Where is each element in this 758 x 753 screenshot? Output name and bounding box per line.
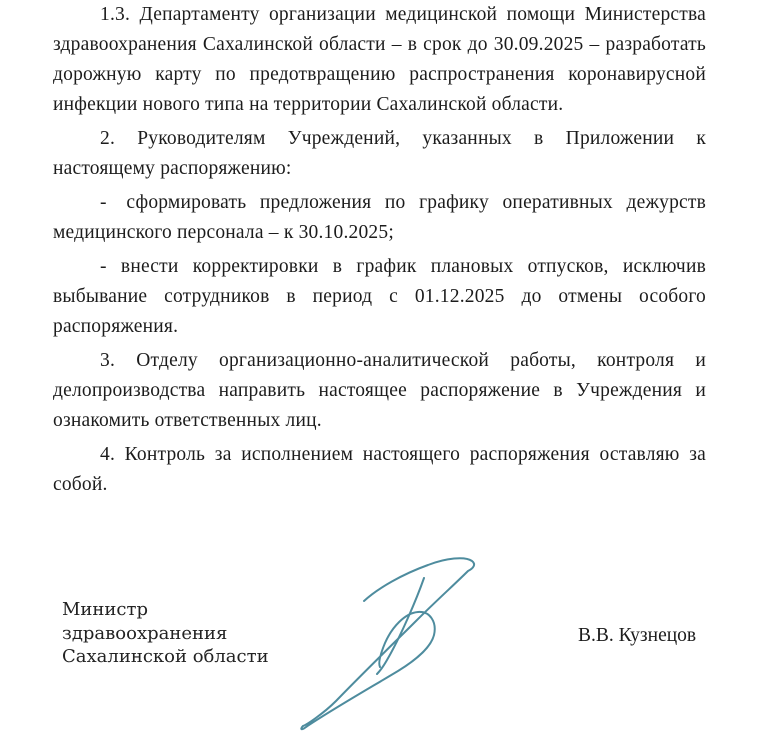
signature-block: Министр здравоохранения Сахалинской обла… bbox=[0, 540, 758, 753]
signer-name: В.В. Кузнецов bbox=[578, 625, 696, 647]
paragraph-4: 4. Контроль за исполнением настоящего ра… bbox=[53, 440, 706, 500]
paragraph-bullet-2: - внести корректировки в график плановых… bbox=[53, 252, 706, 342]
document-page: 1.3. Департаменту организации медицинско… bbox=[0, 0, 758, 753]
paragraph-1-3: 1.3. Департаменту организации медицинско… bbox=[53, 0, 706, 120]
paragraph-bullet-1: - сформировать предложения по графику оп… bbox=[53, 188, 706, 248]
signature-stroke-cross bbox=[377, 578, 424, 674]
handwritten-signature bbox=[288, 548, 488, 748]
signature-stroke-main bbox=[301, 558, 474, 729]
paragraph-3: 3. Отделу организационно-аналитической р… bbox=[53, 346, 706, 436]
paragraph-2: 2. Руководителям Учреждений, указанных в… bbox=[53, 124, 706, 184]
signer-title: Министр здравоохранения Сахалинской обла… bbox=[62, 598, 269, 669]
document-body: 1.3. Департаменту организации медицинско… bbox=[53, 0, 706, 504]
